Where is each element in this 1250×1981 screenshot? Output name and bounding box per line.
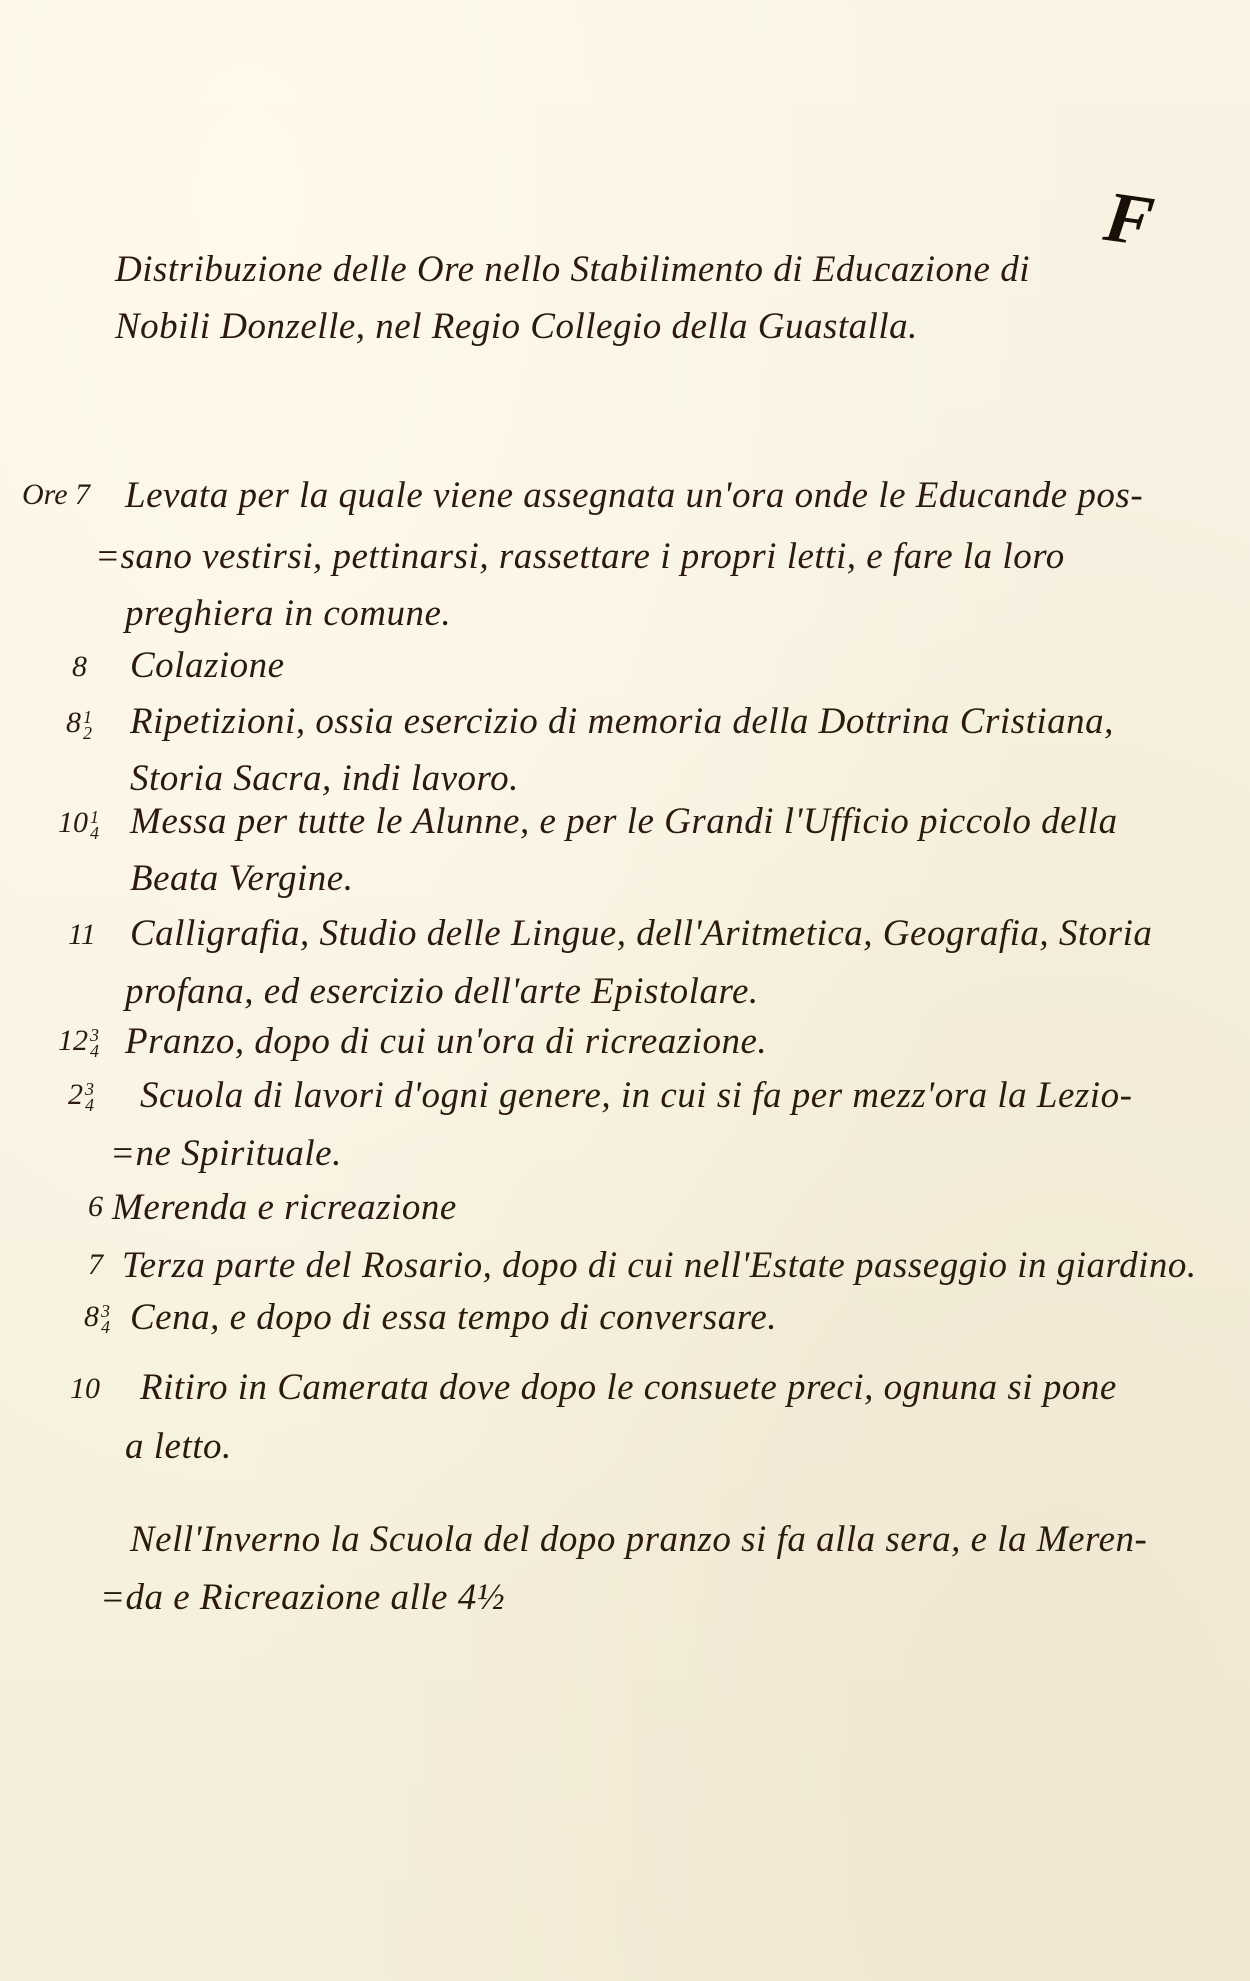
entry-10-quarter-line-2: Beata Vergine. (130, 857, 353, 900)
entry-8-time: 8 (72, 650, 87, 684)
entry-6-line-1: Merenda e ricreazione (112, 1186, 457, 1229)
entry-12-three-quarter-time: 1234 (58, 1024, 99, 1059)
title-line-1: Distribuzione delle Ore nello Stabilimen… (115, 248, 1030, 291)
entry-10-line-2: a letto. (125, 1425, 232, 1468)
entry-7pm-time: 7 (88, 1248, 103, 1282)
entry-10-quarter-time: 1014 (58, 806, 99, 841)
entry-8-half-line-1: Ripetizioni, ossia esercizio di memoria … (130, 700, 1114, 743)
schedule-prefix: Ore 7 (22, 478, 90, 512)
winter-note-line-1: Nell'Inverno la Scuola del dopo pranzo s… (130, 1518, 1147, 1561)
entry-2-three-quarter-line-2: =ne Spirituale. (110, 1132, 342, 1175)
entry-2-three-quarter-line-1: Scuola di lavori d'ogni genere, in cui s… (140, 1074, 1132, 1117)
entry-10-quarter-line-1: Messa per tutte le Alunne, e per le Gran… (130, 800, 1118, 843)
entry-7-line-1: Levata per la quale viene assegnata un'o… (125, 474, 1143, 517)
entry-10-line-1: Ritiro in Camerata dove dopo le consuete… (140, 1366, 1117, 1409)
entry-7-line-2: =sano vestirsi, pettinarsi, rassettare i… (95, 535, 1065, 578)
entry-8-half-line-2: Storia Sacra, indi lavoro. (130, 757, 519, 800)
entry-11-time: 11 (68, 918, 96, 952)
entry-2-three-quarter-time: 234 (68, 1078, 94, 1113)
title-line-2: Nobili Donzelle, nel Regio Collegio dell… (115, 305, 918, 348)
entry-8-three-quarter-time: 834 (84, 1300, 110, 1335)
entry-11-line-1: Calligrafia, Studio delle Lingue, dell'A… (130, 912, 1152, 955)
manuscript-page: F Distribuzione delle Ore nello Stabilim… (0, 0, 1250, 1981)
entry-12-three-quarter-line-1: Pranzo, dopo di cui un'ora di ricreazion… (125, 1020, 767, 1063)
entry-7pm-line-1: Terza parte del Rosario, dopo di cui nel… (122, 1244, 1197, 1287)
entry-6-time: 6 (88, 1190, 103, 1224)
entry-8-three-quarter-line-1: Cena, e dopo di essa tempo di conversare… (130, 1296, 777, 1339)
entry-8-half-time: 812 (66, 706, 92, 741)
archive-marker-letter: F (1099, 175, 1158, 264)
entry-11-line-2: profana, ed esercizio dell'arte Epistola… (125, 970, 759, 1013)
entry-8-line-1: Colazione (130, 644, 285, 687)
entry-7-line-3: preghiera in comune. (125, 592, 451, 635)
entry-10-time: 10 (70, 1372, 100, 1406)
winter-note-line-2: =da e Ricreazione alle 4½ (100, 1576, 505, 1619)
